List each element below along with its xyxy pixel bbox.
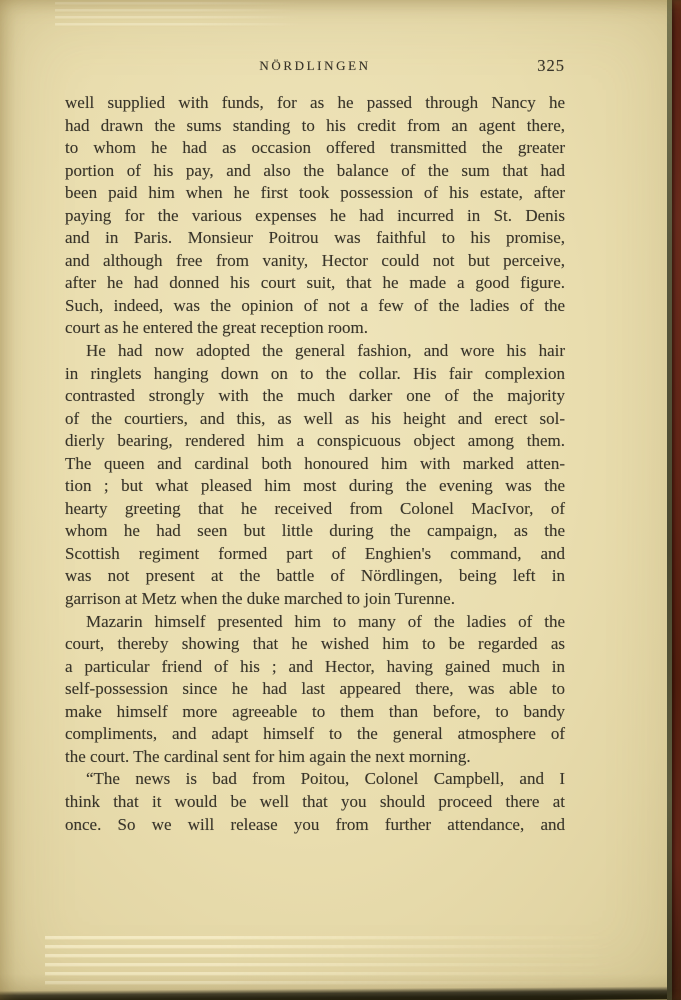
text-line: portion of his pay, and also the balance… [65, 160, 565, 183]
page-stack-streaks-bottom [45, 936, 620, 988]
text-line: and although free from vanity, Hector co… [65, 250, 565, 273]
text-line: contrasted strongly with the much darker… [65, 385, 565, 408]
text-line: “The news is bad from Poitou, Colonel Ca… [65, 768, 565, 791]
text-line: to whom he had as occasion offered trans… [65, 137, 565, 160]
text-line: tion ; but what pleased him most during … [65, 475, 565, 498]
book-cover-edge [672, 0, 681, 1000]
text-line: Scottish regiment formed part of Enghien… [65, 543, 565, 566]
text-line: paying for the various expenses he had i… [65, 205, 565, 228]
page-header: NÖRDLINGEN 325 [65, 56, 565, 76]
page-number: 325 [537, 56, 565, 76]
text-line: compliments, and adapt himself to the ge… [65, 723, 565, 746]
text-line: of the courtiers, and this, as well as h… [65, 408, 565, 431]
text-line: Such, indeed, was the opinion of not a f… [65, 295, 565, 318]
paragraph: He had now adopted the general fashion, … [65, 340, 565, 611]
scanned-book-page: NÖRDLINGEN 325 well supplied with funds,… [0, 0, 681, 1000]
text-line: think that it would be well that you sho… [65, 791, 565, 814]
text-line: and in Paris. Monsieur Poitrou was faith… [65, 227, 565, 250]
text-line: once. So we will release you from furthe… [65, 814, 565, 837]
text-line: had drawn the sums standing to his credi… [65, 115, 565, 138]
paragraph: Mazarin himself presented him to many of… [65, 611, 565, 769]
paragraph: “The news is bad from Poitou, Colonel Ca… [65, 768, 565, 836]
text-line: the court. The cardinal sent for him aga… [65, 746, 565, 769]
text-line: dierly bearing, rendered him a conspicuo… [65, 430, 565, 453]
text-line: hearty greeting that he received from Co… [65, 498, 565, 521]
text-line: court as he entered the great reception … [65, 317, 565, 340]
text-line: well supplied with funds, for as he pass… [65, 92, 565, 115]
text-line: been paid him when he first took possess… [65, 182, 565, 205]
text-line: The queen and cardinal both honoured him… [65, 453, 565, 476]
text-line: court, thereby showing that he wished hi… [65, 633, 565, 656]
text-line: self-possession since he had last appear… [65, 678, 565, 701]
text-line: whom he had seen but little during the c… [65, 520, 565, 543]
text-line: make himself more agreeable to them than… [65, 701, 565, 724]
page-stack-streaks-top [55, 2, 300, 29]
text-line: Mazarin himself presented him to many of… [65, 611, 565, 634]
paragraph: well supplied with funds, for as he pass… [65, 92, 565, 340]
text-line: a particular friend of his ; and Hector,… [65, 656, 565, 679]
text-line: garrison at Metz when the duke marched t… [65, 588, 565, 611]
text-line: He had now adopted the general fashion, … [65, 340, 565, 363]
text-line: was not present at the battle of Nördlin… [65, 565, 565, 588]
text-block: well supplied with funds, for as he pass… [65, 92, 565, 836]
text-line: in ringlets hanging down on to the colla… [65, 363, 565, 386]
running-title: NÖRDLINGEN [65, 58, 565, 74]
bottom-dark-edge [0, 986, 681, 1000]
text-line: after he had donned his court suit, that… [65, 272, 565, 295]
